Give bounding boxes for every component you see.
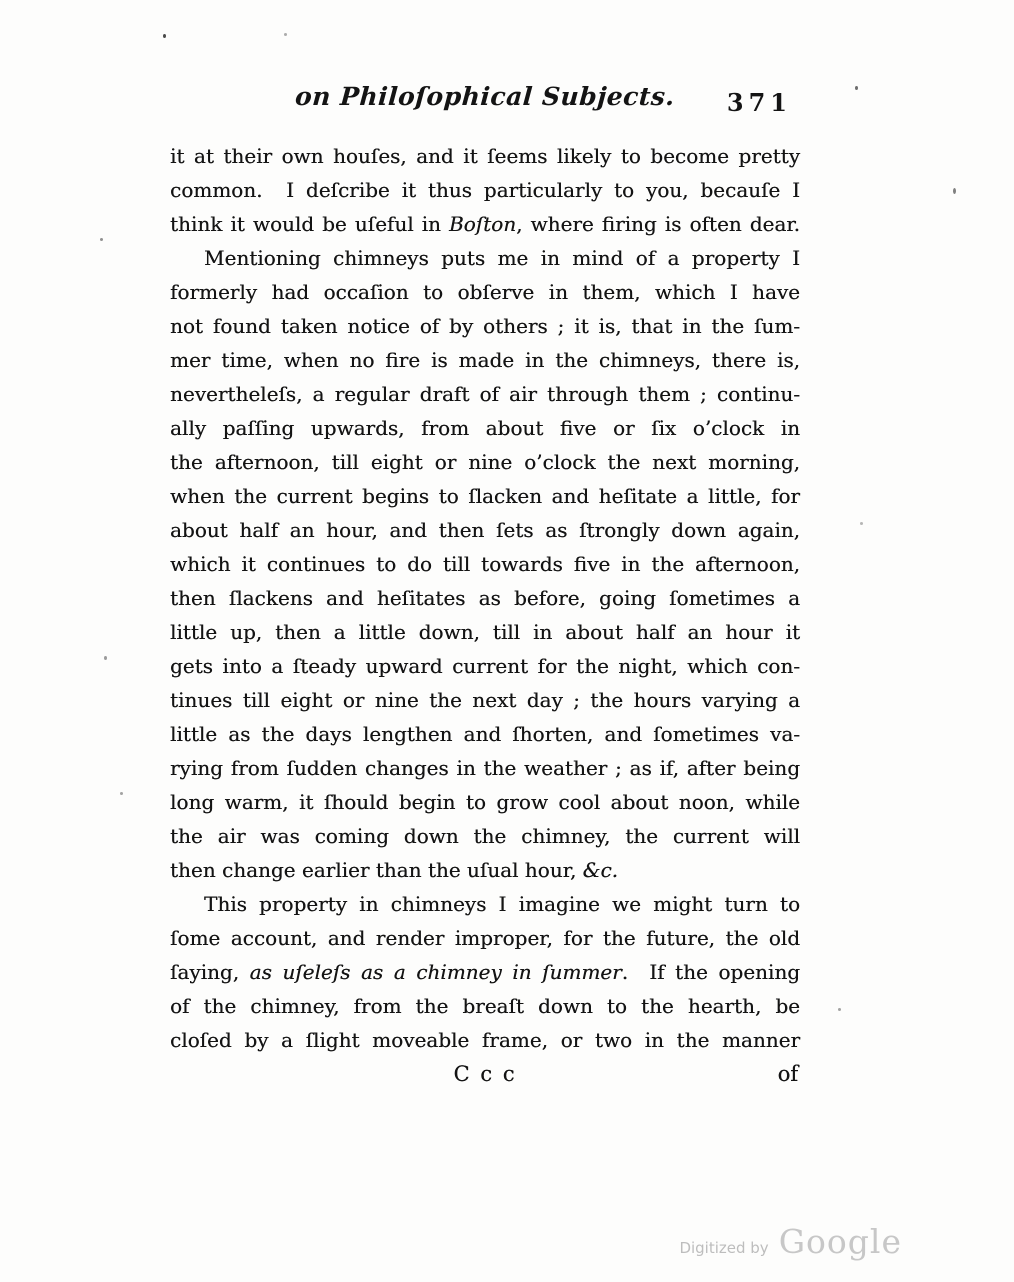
text-line: mer time, when no fire is made in the ch… (170, 343, 800, 377)
text-segment: common. I deſcribe it thus particularly … (170, 178, 800, 202)
scan-speck (100, 238, 103, 241)
text-segment: about half an hour, and then ſets as ſtr… (170, 518, 800, 542)
text-segment: as uſeleſs as a chimney in ſummer (250, 960, 622, 984)
scan-speck (855, 86, 858, 90)
scan-speck (120, 792, 123, 795)
running-title: on Philoſophical Subjects. (169, 82, 801, 111)
text-line: the air was coming down the chimney, the… (170, 819, 800, 853)
body-text-block: it at their own houſes, and it ſeems lik… (170, 139, 800, 1091)
text-segment: . If the opening (622, 960, 800, 984)
text-segment: tinues till eight or nine the next day ;… (170, 688, 800, 712)
text-segment: of the chimney, from the breaſt down to … (170, 994, 800, 1018)
scan-speck (163, 34, 166, 38)
scan-speck (104, 656, 107, 660)
text-line: formerly had occaſion to obſerve in them… (170, 275, 800, 309)
text-line: Mentioning chimneys puts me in mind of a… (170, 241, 800, 275)
text-segment: mer time, when no fire is made in the ch… (170, 348, 800, 372)
text-segment: when the current begins to ſlacken and h… (170, 484, 800, 508)
text-segment: little up, then a little down, till in a… (170, 620, 800, 644)
text-segment: rying from ſudden changes in the weather… (170, 756, 800, 780)
text-segment: the afternoon, till eight or nine o’cloc… (170, 450, 800, 474)
scan-speck (860, 522, 863, 525)
text-segment: gets into a ſteady upward current for th… (170, 654, 800, 678)
watermark-prefix: Digitized by (679, 1239, 768, 1257)
scan-speck (953, 188, 956, 194)
text-segment: it at their own houſes, and it ſeems lik… (170, 144, 800, 168)
signature-line: C c c of (170, 1057, 800, 1091)
text-segment: &c. (583, 858, 618, 882)
page-number: 371 (727, 88, 792, 117)
text-line: the afternoon, till eight or nine o’cloc… (170, 445, 800, 479)
scanned-book-page: on Philoſophical Subjects. 371 it at the… (0, 0, 1014, 1282)
text-line: ally paſſing upwards, from about five or… (170, 411, 800, 445)
catchword: of (778, 1057, 798, 1091)
text-line: gets into a ſteady upward current for th… (170, 649, 800, 683)
text-line: about half an hour, and then ſets as ſtr… (170, 513, 800, 547)
scan-speck (284, 33, 287, 36)
text-line: not found taken notice of by others ; it… (170, 309, 800, 343)
text-line: little as the days lengthen and ſhorten,… (170, 717, 800, 751)
page-header: on Philoſophical Subjects. 371 (170, 82, 800, 122)
text-segment: cloſed by a ſlight moveable frame, or tw… (170, 1028, 800, 1052)
text-segment: nevertheleſs, a regular draft of air thr… (170, 382, 800, 406)
text-segment: then change earlier than the uſual hour, (170, 858, 583, 882)
text-line: when the current begins to ſlacken and h… (170, 479, 800, 513)
text-segment: then ſlackens and heſitates as before, g… (170, 586, 800, 610)
text-line: little up, then a little down, till in a… (170, 615, 800, 649)
text-line: This property in chimneys I imagine we m… (170, 887, 800, 921)
text-line: then ſlackens and heſitates as before, g… (170, 581, 800, 615)
text-segment: think it would be uſeful in (170, 212, 449, 236)
text-segment: ally paſſing upwards, from about five or… (170, 416, 800, 440)
text-segment: This property in chimneys I imagine we m… (204, 892, 800, 916)
text-segment: long warm, it ſhould begin to grow cool … (170, 790, 800, 814)
text-line: think it would be uſeful in Boſton, wher… (170, 207, 800, 241)
body-text: it at their own houſes, and it ſeems lik… (170, 139, 800, 1057)
text-segment: formerly had occaſion to obſerve in them… (170, 280, 800, 304)
text-line: ſome account, and render improper, for t… (170, 921, 800, 955)
scan-speck (838, 1008, 841, 1011)
text-line: of the chimney, from the breaſt down to … (170, 989, 800, 1023)
digitized-watermark: Digitized by Google (679, 1222, 902, 1261)
text-line: then change earlier than the uſual hour,… (170, 853, 800, 887)
text-line: long warm, it ſhould begin to grow cool … (170, 785, 800, 819)
text-segment: not found taken notice of by others ; it… (170, 314, 800, 338)
text-segment: , where firing is often dear. (516, 212, 800, 236)
text-segment: little as the days lengthen and ſhorten,… (170, 722, 800, 746)
text-line: common. I deſcribe it thus particularly … (170, 173, 800, 207)
text-line: nevertheleſs, a regular draft of air thr… (170, 377, 800, 411)
text-segment: Mentioning chimneys puts me in mind of a… (204, 246, 800, 270)
signature-mark: C c c (454, 1062, 517, 1086)
text-line: tinues till eight or nine the next day ;… (170, 683, 800, 717)
text-line: ſaying, as uſeleſs as a chimney in ſumme… (170, 955, 800, 989)
text-line: which it continues to do till towards fi… (170, 547, 800, 581)
text-segment: ſaying, (170, 960, 250, 984)
google-logo: Google (779, 1222, 902, 1261)
text-line: it at their own houſes, and it ſeems lik… (170, 139, 800, 173)
text-segment: which it continues to do till towards fi… (170, 552, 800, 576)
text-segment: Boſton (449, 212, 516, 236)
text-segment: the air was coming down the chimney, the… (170, 824, 800, 848)
text-segment: ſome account, and render improper, for t… (170, 926, 800, 950)
text-line: rying from ſudden changes in the weather… (170, 751, 800, 785)
text-line: cloſed by a ſlight moveable frame, or tw… (170, 1023, 800, 1057)
